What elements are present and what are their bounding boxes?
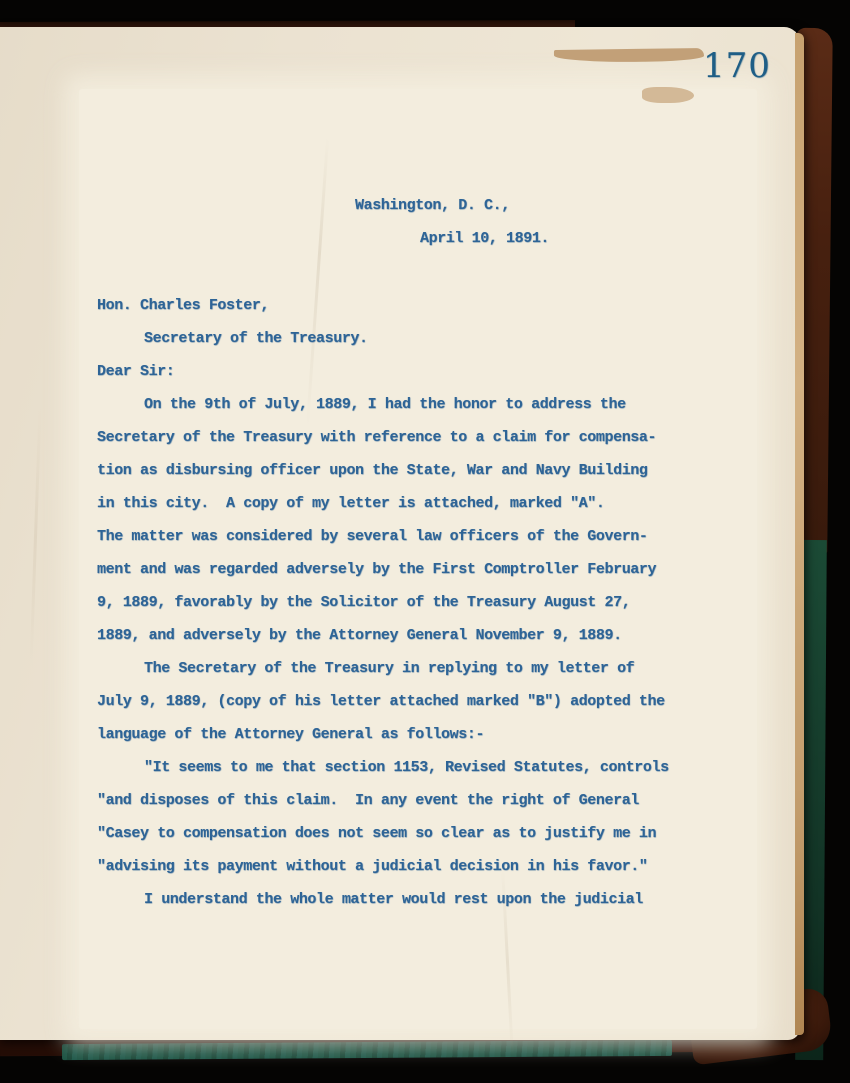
page-number: 170 xyxy=(703,46,783,86)
letter-line: 9, 1889, favorably by the Solicitor of t… xyxy=(97,586,737,619)
letter-body: Hon. Charles Foster,Secretary of the Tre… xyxy=(97,289,737,916)
paper-crease xyxy=(29,407,41,667)
torn-paper-edge xyxy=(642,87,694,103)
letter-line: language of the Attorney General as foll… xyxy=(97,718,737,751)
letter-line: The Secretary of the Treasury in replyin… xyxy=(97,652,737,685)
letter-line: Secretary of the Treasury. xyxy=(97,322,737,355)
letter-line: "and disposes of this claim. In any even… xyxy=(97,784,737,817)
book-cover-bottom-cloth xyxy=(62,1040,672,1060)
letter-line: Hon. Charles Foster, xyxy=(97,289,737,322)
letter-line: I understand the whole matter would rest… xyxy=(97,883,737,916)
letter-date-line: April 10, 1891. xyxy=(420,230,549,247)
letter-place-line: Washington, D. C., xyxy=(355,197,510,214)
letter-line: "Casey to compensation does not seem so … xyxy=(97,817,737,850)
letter-line: in this city. A copy of my letter is att… xyxy=(97,487,737,520)
torn-paper-edge xyxy=(554,48,704,63)
letter-line: Secretary of the Treasury with reference… xyxy=(97,421,737,454)
letter-line: ment and was regarded adversely by the F… xyxy=(97,553,737,586)
letter-line: Dear Sir: xyxy=(97,355,737,388)
scanned-letterbook-page: { "page_number": "170", "letter": { "pla… xyxy=(0,0,850,1083)
letter-line: On the 9th of July, 1889, I had the hono… xyxy=(97,388,737,421)
letter-line: tion as disbursing officer upon the Stat… xyxy=(97,454,737,487)
letter-line: "It seems to me that section 1153, Revis… xyxy=(97,751,737,784)
letter-line: "advising its payment without a judicial… xyxy=(97,850,737,883)
letter-line: July 9, 1889, (copy of his letter attach… xyxy=(97,685,737,718)
letter-line: The matter was considered by several law… xyxy=(97,520,737,553)
letter-line: 1889, and adversely by the Attorney Gene… xyxy=(97,619,737,652)
